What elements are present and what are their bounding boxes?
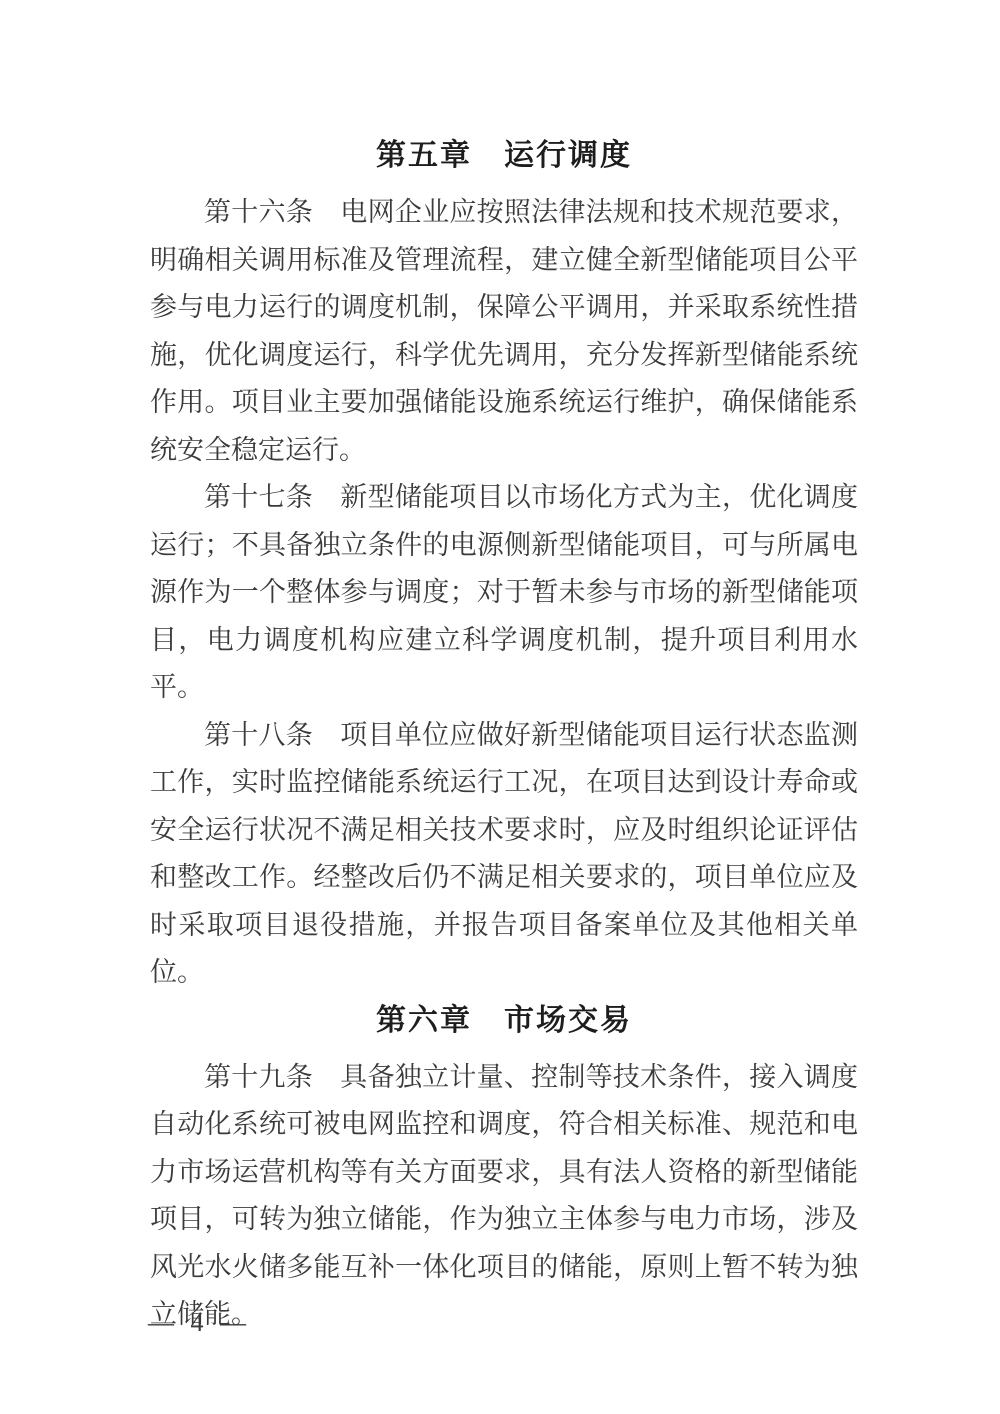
page-number: — 4 — [148, 1310, 251, 1336]
paragraph: 第十六条 电网企业应按照法律法规和技术规范要求，明确相关调用标准及管理流程，建立… [150, 189, 858, 474]
paragraph: 第十七条 新型储能项目以市场化方式为主，优化调度运行；不具备独立条件的电源侧新型… [150, 474, 858, 712]
document-body: 第五章 运行调度第十六条 电网企业应按照法律法规和技术规范要求，明确相关调用标准… [150, 132, 858, 1339]
chapter-heading: 第六章 市场交易 [150, 997, 858, 1045]
paragraph: 第十九条 具备独立计量、控制等技术条件，接入调度自动化系统可被电网监控和调度，符… [150, 1054, 858, 1339]
paragraph: 第十八条 项目单位应做好新型储能项目运行状态监测工作，实时监控储能系统运行工况，… [150, 712, 858, 997]
chapter-heading: 第五章 运行调度 [150, 132, 858, 180]
